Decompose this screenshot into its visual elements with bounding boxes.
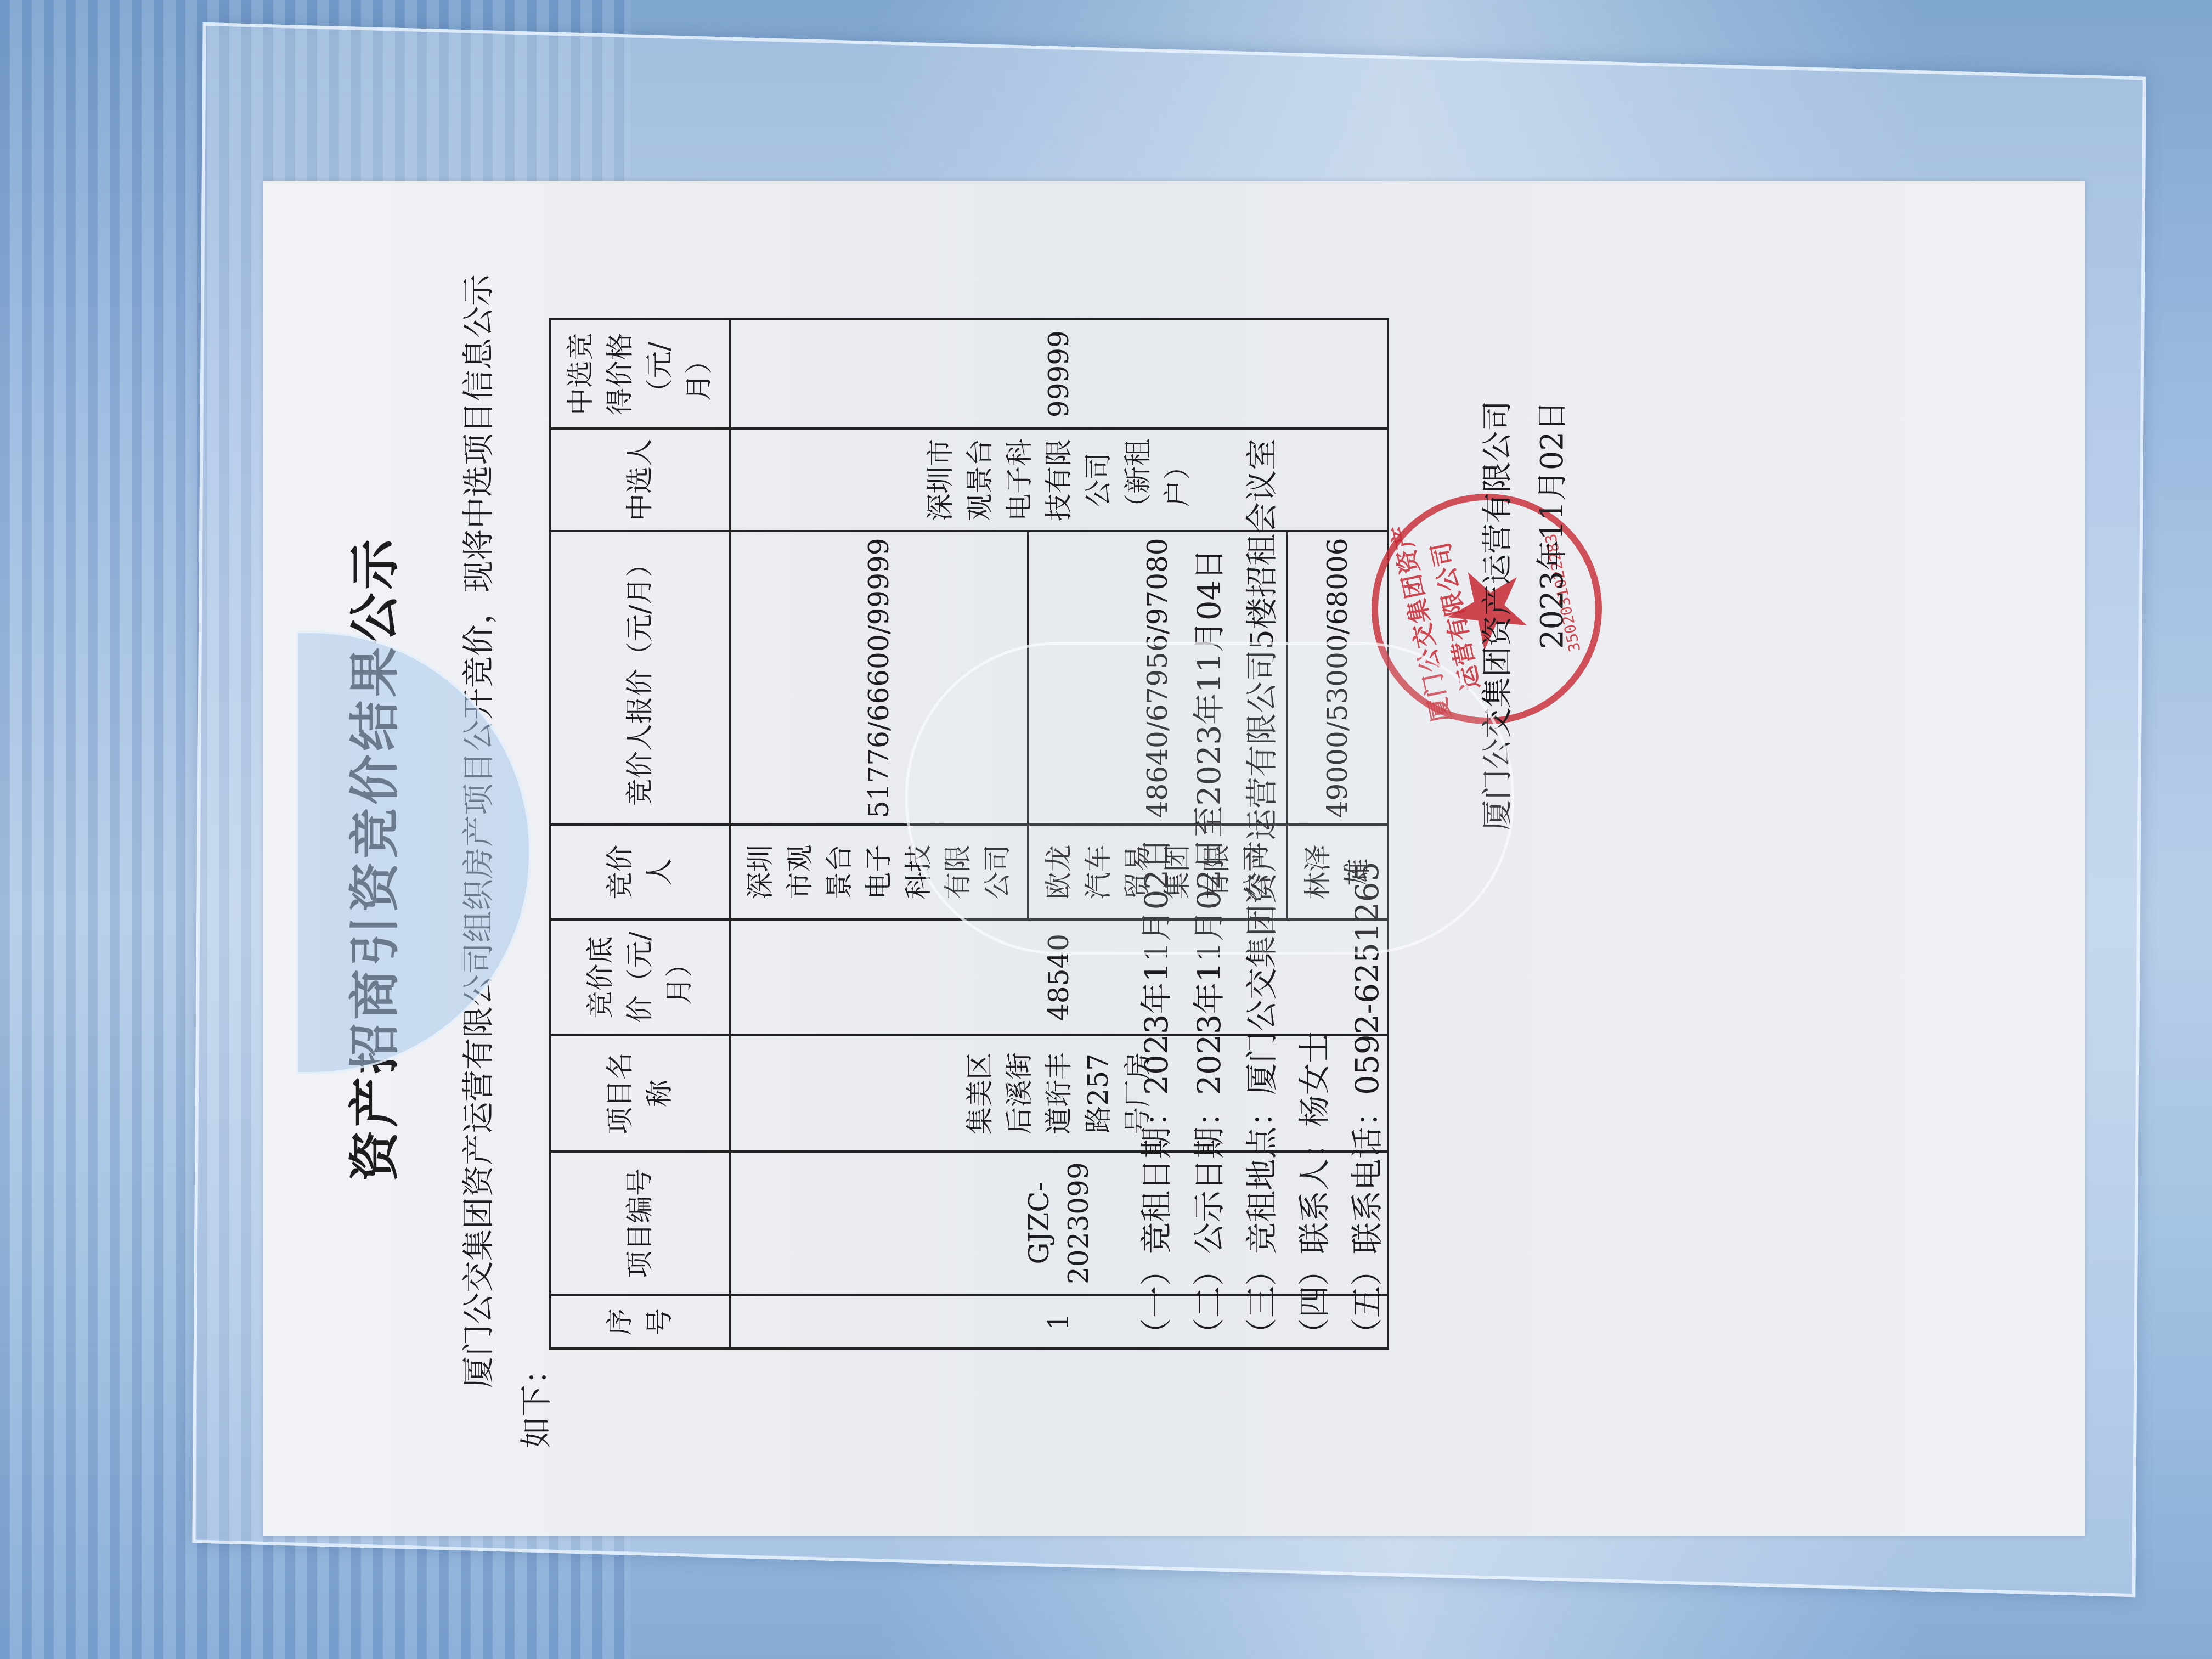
header-bidder: 竞价人 xyxy=(550,825,730,919)
header-project-code: 项目编号 xyxy=(550,1152,730,1295)
header-index: 序号 xyxy=(550,1295,730,1348)
header-project-name: 项目名称 xyxy=(550,1035,730,1152)
header-base-price: 竞价底价（元/月） xyxy=(550,919,730,1035)
header-bid-prices: 竞价人报价（元/月） xyxy=(550,531,730,825)
header-winner: 中选人 xyxy=(550,428,730,531)
holder-finger-slot xyxy=(905,642,1514,955)
signature-date: 2023年11月02日 xyxy=(1525,400,1580,831)
header-winning-price: 中选竞得价格（元/月） xyxy=(550,319,730,428)
table-header-row: 序号 项目编号 项目名称 竞价底价（元/月） 竞价人 竞价人报价（元/月） 中选… xyxy=(550,319,730,1348)
